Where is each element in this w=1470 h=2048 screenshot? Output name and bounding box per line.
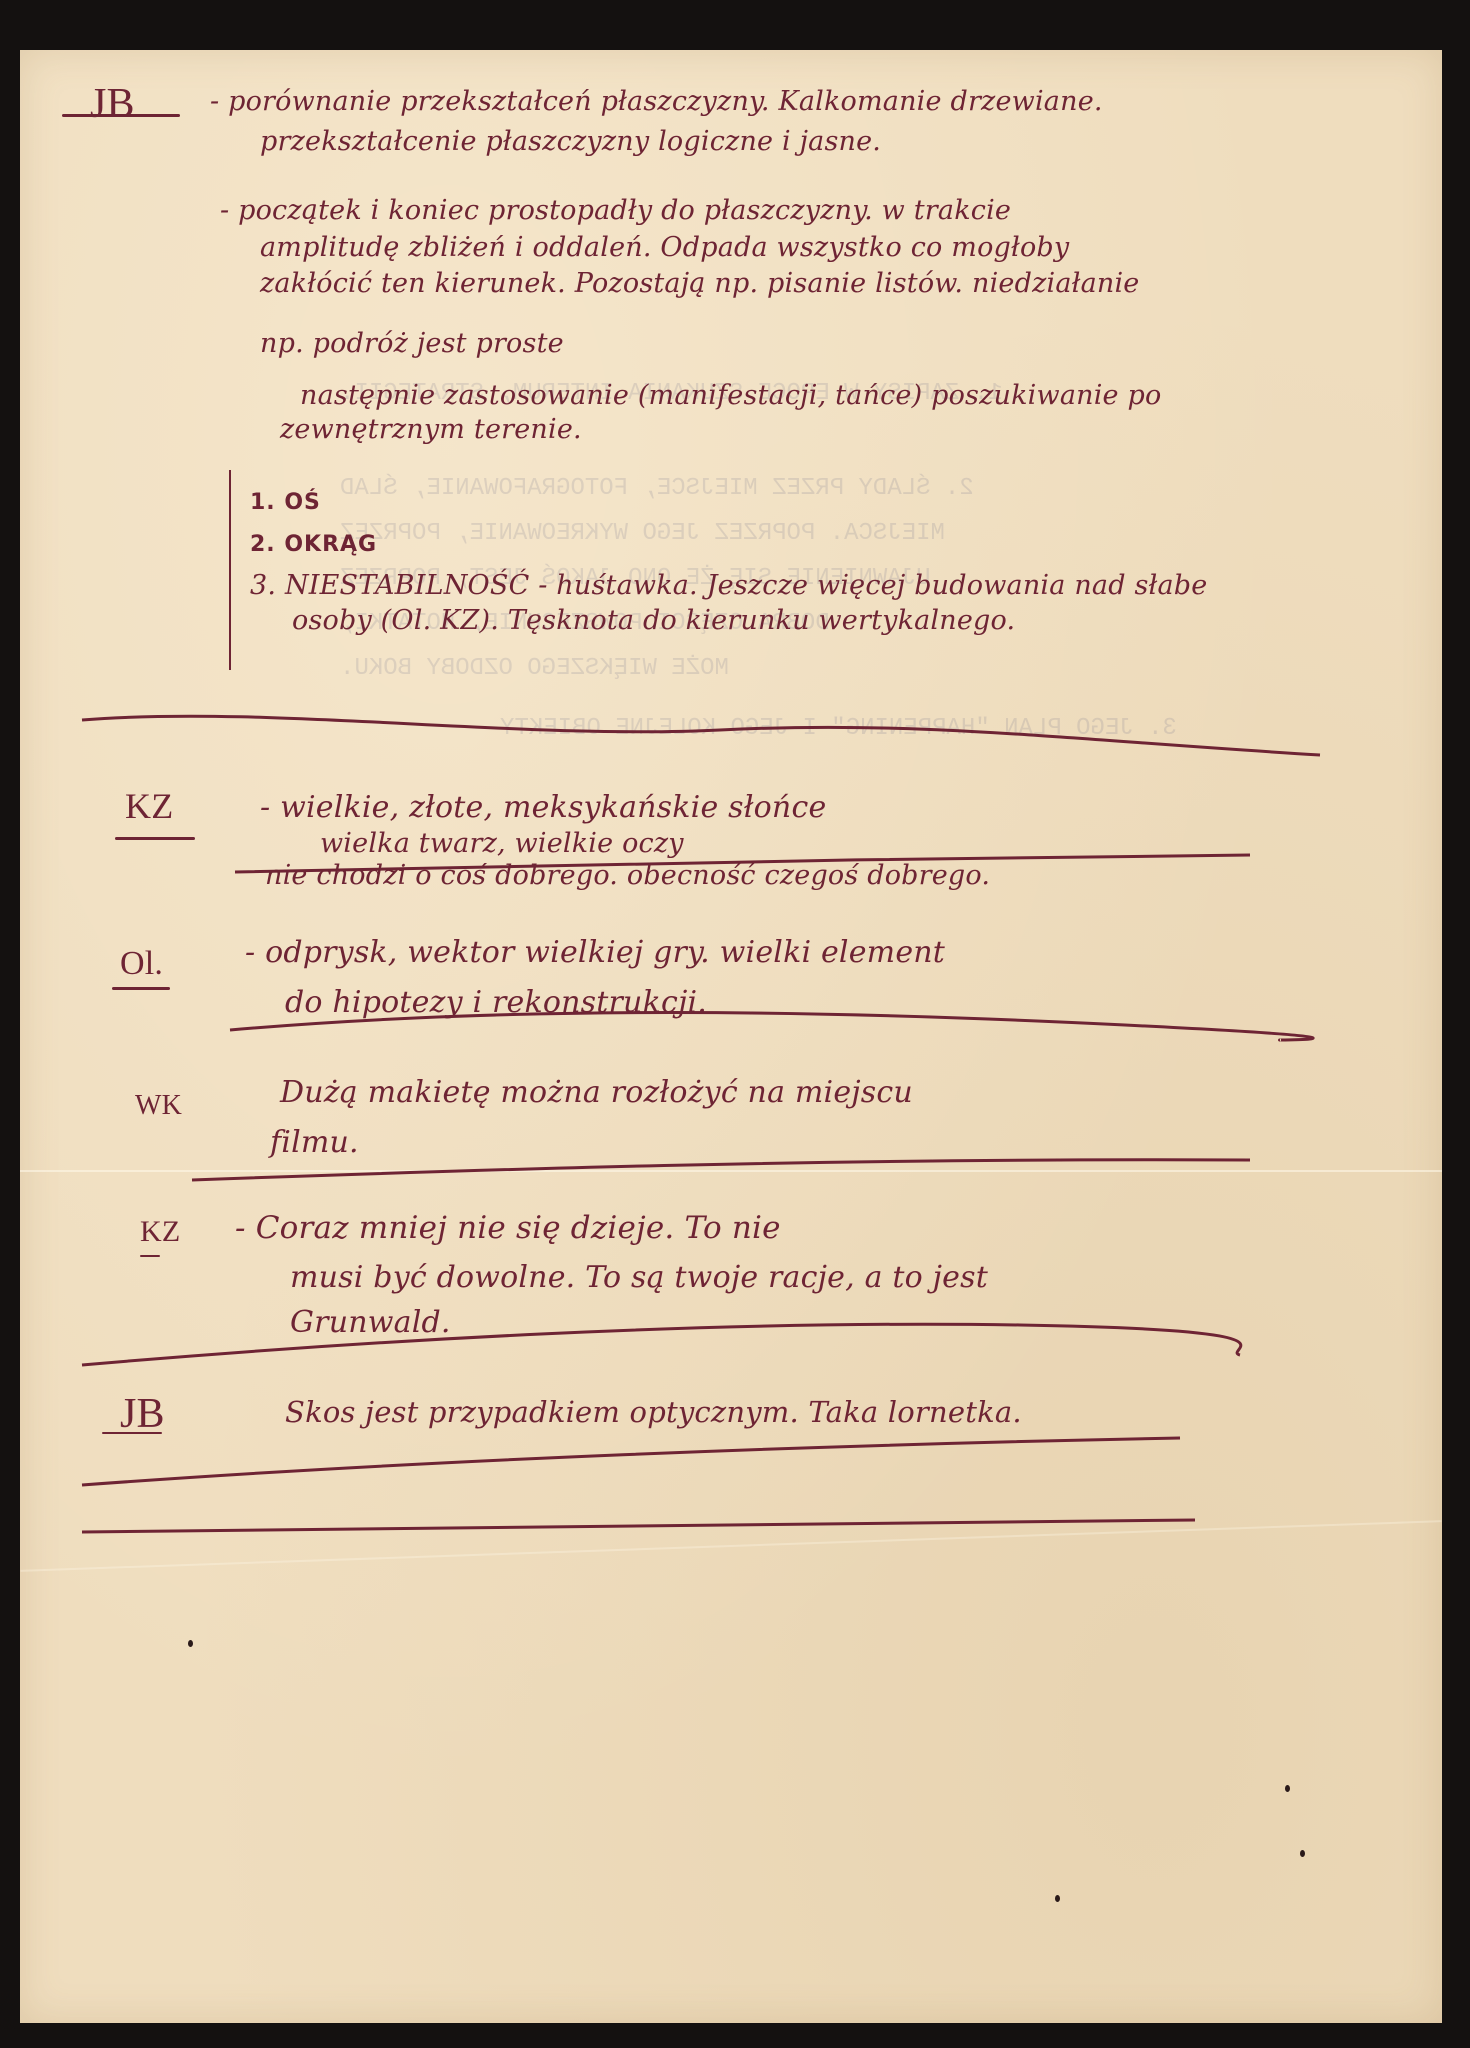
note-line: do hipotezy i rekonstrukcji. [285, 985, 707, 1020]
paper-sheet: 1. ZAPISY W EPOCE SZUKANIA INTERUM, STRA… [20, 50, 1442, 2023]
speaker-label-kz: KZ [125, 785, 173, 827]
note-line: Dużą makietę można rozłożyć na miejscu [280, 1075, 913, 1110]
note-line: nie chodzi o coś dobrego. obecność czego… [265, 860, 990, 891]
section-separators [20, 50, 1442, 2023]
note-line: - wielkie, złote, meksykańskie słońce [260, 790, 826, 825]
speaker-underline [140, 1255, 160, 1257]
note-line: Grunwald. [290, 1305, 451, 1340]
note-line: - Coraz mniej nie się dzieje. To nie [235, 1210, 781, 1246]
speaker-label-jb: JB [120, 1390, 165, 1438]
note-line: filmu. [270, 1125, 359, 1160]
note-line: musi być dowolne. To są twoje racje, a t… [290, 1260, 988, 1295]
speaker-label-kz: KZ [140, 1215, 180, 1249]
note-line: - odprysk, wektor wielkiej gry. wielki e… [245, 935, 945, 970]
note-line: wielka twarz, wielkie oczy [320, 828, 684, 859]
speaker-label-wk: WK [135, 1090, 182, 1122]
ink-speck [1055, 1895, 1060, 1902]
ink-speck [188, 1640, 193, 1647]
speaker-underline [112, 987, 170, 990]
speaker-label-ol: Ol. [120, 945, 163, 983]
ink-speck [1300, 1850, 1305, 1857]
note-line: Skos jest przypadkiem optycznym. Taka lo… [285, 1395, 1022, 1429]
speaker-underline [115, 837, 195, 840]
speaker-underline [102, 1432, 162, 1434]
ink-speck [1285, 1785, 1290, 1792]
